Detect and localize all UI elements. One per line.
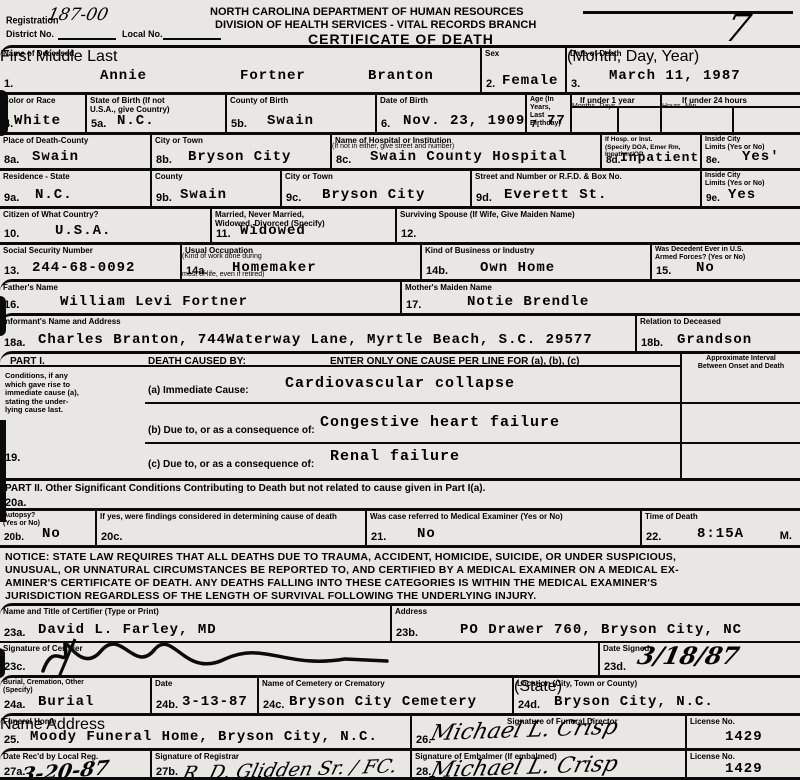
- dept-line2: DIVISION OF HEALTH SERVICES - VITAL RECO…: [215, 19, 536, 31]
- age-num: 7.: [531, 119, 539, 130]
- field-date-received: Date Rec'd by Local Reg. 27a. 3-20-87: [0, 748, 150, 780]
- field-if-under-24-hours: If under 24 hours Hours Min.: [660, 92, 800, 132]
- residence-state-num: 9a.: [4, 192, 19, 204]
- field-hospital: Name of Hospital or Institution (If not …: [330, 132, 600, 168]
- middle-name-value: Fortner: [240, 68, 306, 84]
- field-marital-status: Married, Never Married, Widowed, Divorce…: [210, 206, 395, 242]
- burial-type-label: Burial, Cremation, Other (Specify): [3, 679, 148, 695]
- field-date-signed: Date Signed 23d. 3/18/87: [598, 641, 800, 675]
- state-of-birth-num: 5a.: [91, 118, 106, 130]
- funeral-director-signature: Michael L. Crisp: [428, 715, 621, 746]
- field-date-of-birth: Date of Birth 6. Nov. 23, 1909: [375, 92, 525, 132]
- field-registrar-signature: Signature of Registrar 27b. R. D. Glidde…: [150, 748, 410, 780]
- residence-limits-label: Inside City Limits (Yes or No): [705, 172, 798, 188]
- field-medical-examiner-referral: Was case referred to Medical Examiner (Y…: [365, 508, 640, 545]
- father-value: William Levi Fortner: [60, 294, 248, 310]
- residence-limits-num: 9e.: [706, 193, 720, 204]
- residence-street-value: Everett St.: [504, 187, 607, 203]
- last-name-value: Branton: [368, 68, 434, 84]
- field-mother-name: Mother's Maiden Name 17. Notie Brendle: [400, 279, 800, 313]
- date-of-death-value: March 11, 1987: [609, 68, 741, 84]
- field-residence-city: City or Town 9c. Bryson City: [280, 168, 470, 206]
- date-of-death-label: Date of Death: [570, 49, 622, 58]
- notice-line3: AMINER'S CERTIFICATE OF DEATH. ANY DEATH…: [5, 577, 657, 589]
- occupation-num: 14a.: [186, 265, 207, 277]
- hours-min-divider: [732, 106, 734, 133]
- funeral-home-label: Funeral Home: [3, 717, 83, 726]
- field-surviving-spouse: Surviving Spouse (If Wife, Give Maiden N…: [395, 206, 800, 242]
- director-license-label: License No.: [690, 717, 798, 726]
- hospital-status-num: 8d.: [606, 155, 620, 166]
- under-24-hours-divider: [662, 106, 800, 108]
- field-business: Kind of Business or Industry 14b. Own Ho…: [420, 242, 650, 279]
- field-cemetery-location: Location (City, Town or County) (State) …: [512, 675, 800, 713]
- autopsy-value: No: [42, 526, 61, 542]
- part1-body: Conditions, if any which gave rise to im…: [0, 367, 680, 478]
- under-24-hours-label: If under 24 hours: [682, 96, 798, 105]
- district-no-value: 187-00: [46, 5, 110, 25]
- date-of-birth-label: Date of Birth: [380, 96, 523, 105]
- location-value: Bryson City, N.C.: [554, 694, 714, 710]
- part1-interval-column: Approximate Interval Between Onset and D…: [680, 351, 800, 478]
- sex-num: 2.: [486, 78, 495, 90]
- pod-city-value: Bryson City: [188, 149, 291, 165]
- certifier-signature-num: 23c.: [4, 661, 25, 673]
- referred-label: Was case referred to Medical Examiner (Y…: [370, 512, 638, 521]
- father-label: Father's Name: [3, 283, 398, 292]
- cause-c-label: (c) Due to, or as a consequence of:: [148, 459, 314, 470]
- field-place-of-death-county: Place of Death-County 8a. Swain: [0, 132, 150, 168]
- business-num: 14b.: [426, 265, 448, 277]
- part2-title: PART II. Other Significant Conditions Co…: [5, 483, 485, 494]
- county-of-birth-label: County of Birth: [230, 96, 373, 105]
- first-name-value: Annie: [100, 68, 147, 84]
- ssn-value: 244-68-0092: [32, 260, 135, 276]
- field-embalmer-signature: Signature of Embalmer (If embalmed) 28. …: [410, 748, 685, 780]
- ssn-num: 13.: [4, 265, 19, 277]
- field-father-name: Father's Name 16. William Levi Fortner: [0, 279, 400, 313]
- pod-county-num: 8a.: [4, 154, 19, 166]
- field-if-under-1-year: If under 1 year Months Days: [570, 92, 660, 132]
- county-of-birth-value: Swain: [267, 113, 314, 129]
- scan-artifact-blob: [0, 648, 5, 678]
- residence-city-label: City or Town: [285, 172, 468, 181]
- field-informant: Informant's Name and Address 18a. Charle…: [0, 313, 635, 351]
- burial-type-num: 24a.: [4, 699, 25, 711]
- cause-a-label: (a) Immediate Cause:: [148, 385, 249, 396]
- field-residence-state: Residence - State 9a. N.C.: [0, 168, 150, 206]
- scan-artifact-blob: [0, 90, 8, 136]
- citizen-value: U.S.A.: [55, 223, 111, 239]
- field-director-license: License No. 1429: [685, 713, 800, 748]
- armed-forces-value: No: [696, 260, 715, 276]
- field-residence-city-limits: Inside City Limits (Yes or No) 9e. Yes: [700, 168, 800, 206]
- armed-forces-num: 15.: [656, 265, 671, 277]
- notice-line1: NOTICE: STATE LAW REQUIRES THAT ALL DEAT…: [5, 551, 676, 563]
- scan-artifact-blob: [0, 296, 6, 336]
- certifier-address-value: PO Drawer 760, Bryson City, NC: [460, 622, 742, 638]
- findings-label: If yes, were findings considered in dete…: [100, 512, 363, 521]
- funeral-home-num: 25.: [4, 734, 19, 746]
- certifier-address-label: Address: [395, 607, 798, 616]
- date-of-birth-value: Nov. 23, 1909: [403, 113, 525, 129]
- burial-date-num: 24b.: [156, 699, 178, 711]
- referred-num: 21.: [371, 531, 386, 543]
- part2-section: PART II. Other Significant Conditions Co…: [0, 478, 800, 508]
- business-label: Kind of Business or Industry: [425, 246, 648, 255]
- father-num: 16.: [4, 299, 19, 311]
- mother-num: 17.: [406, 299, 421, 311]
- relation-label: Relation to Deceased: [640, 317, 798, 326]
- state-of-birth-value: N.C.: [117, 113, 155, 129]
- funeral-home-value: Moody Funeral Home, Bryson City, N.C.: [30, 729, 378, 745]
- certifier-signature-scrawl: [35, 635, 395, 679]
- part1-caused-by: DEATH CAUSED BY:: [148, 356, 246, 367]
- location-label: Location (City, Town or County): [517, 679, 687, 688]
- part1-num: 19.: [5, 452, 20, 464]
- district-no-underline: [58, 38, 116, 40]
- field-name-of-deceased: Name of Deceased First Middle Last 1. An…: [0, 45, 480, 92]
- race-value: White: [14, 113, 61, 129]
- spouse-num: 12.: [401, 228, 416, 240]
- field-burial-type: Burial, Cremation, Other (Specify) 24a. …: [0, 675, 150, 713]
- cause-a-value: Cardiovascular collapse: [285, 375, 515, 392]
- pod-city-num: 8b.: [156, 154, 172, 166]
- informant-num: 18a.: [4, 337, 25, 349]
- header-rule: [583, 11, 793, 14]
- local-no-label: Local No.: [122, 29, 163, 39]
- citizen-label: Citizen of What Country?: [3, 210, 208, 219]
- field-burial-date: Date 24b. 3-13-87: [150, 675, 257, 713]
- business-value: Own Home: [480, 260, 555, 276]
- part1-header: PART I. DEATH CAUSED BY: ENTER ONLY ONE …: [0, 351, 680, 367]
- residence-limits-value: Yes: [728, 187, 756, 203]
- residence-state-label: Residence - State: [3, 172, 148, 181]
- time-of-death-num: 22.: [646, 531, 661, 543]
- relation-value: Grandson: [677, 332, 752, 348]
- occupation-label: Usual Occupation: [185, 246, 277, 255]
- ssn-label: Social Security Number: [3, 246, 178, 255]
- field-certifier-signature: Signature of Certifier 23c.: [0, 641, 598, 675]
- cemetery-label: Name of Cemetery or Crematory: [262, 679, 510, 688]
- field-occupation: Usual Occupation (Kind of work done duri…: [180, 242, 420, 279]
- under-1-year-divider: [572, 106, 662, 108]
- field-funeral-director-signature: Signature of Funeral Director 26. Michae…: [410, 713, 685, 748]
- district-no-label: District No.: [6, 29, 54, 39]
- field-relation: Relation to Deceased 18b. Grandson: [635, 313, 800, 351]
- cemetery-num: 24c.: [263, 699, 284, 711]
- cause-c-value: Renal failure: [330, 448, 460, 465]
- burial-date-label: Date: [155, 679, 255, 688]
- pod-limits-num: 8e.: [706, 155, 720, 166]
- scan-artifact-bar: [0, 420, 6, 522]
- field-county-of-birth: County of Birth 5b. Swain: [225, 92, 375, 132]
- residence-county-value: Swain: [180, 187, 227, 203]
- autopsy-num: 20b.: [4, 532, 24, 543]
- field-armed-forces: Was Decedent Ever in U.S. Armed Forces? …: [650, 242, 800, 279]
- field-funeral-home: Funeral Home Name Address 25. Moody Fune…: [0, 713, 410, 748]
- part1-title: PART I.: [10, 356, 45, 367]
- pod-county-value: Swain: [32, 149, 79, 165]
- date-of-birth-num: 6.: [381, 118, 390, 130]
- state-of-birth-label: State of Birth (If not U.S.A., give Coun…: [90, 96, 223, 114]
- hospital-num: 8c.: [336, 154, 351, 166]
- pod-limits-value: Yes': [742, 149, 780, 165]
- date-of-death-num: 3.: [571, 78, 580, 90]
- citizen-num: 10.: [4, 228, 19, 240]
- name-num: 1.: [4, 78, 13, 90]
- field-color-or-race: Color or Race 4. White: [0, 92, 85, 132]
- findings-num: 20c.: [101, 531, 122, 543]
- field-ssn: Social Security Number 13. 244-68-0092: [0, 242, 180, 279]
- notice-section: NOTICE: STATE LAW REQUIRES THAT ALL DEAT…: [0, 545, 800, 603]
- certifier-address-num: 23b.: [396, 627, 418, 639]
- field-time-of-death: Time of Death 22. 8:15A M.: [640, 508, 800, 545]
- interval-label: Approximate Interval Between Onset and D…: [684, 355, 798, 371]
- armed-forces-label: Was Decedent Ever in U.S. Armed Forces? …: [655, 246, 798, 262]
- field-autopsy: Autopsy? (Yes or No) 20b. No: [0, 508, 95, 545]
- cemetery-value: Bryson City Cemetery: [289, 694, 477, 710]
- local-no-underline: [163, 38, 221, 40]
- field-date-of-death: Date of Death (Month, Day, Year) 3. Marc…: [565, 45, 800, 92]
- embalmer-license-label: License No.: [690, 752, 798, 761]
- residence-state-value: N.C.: [35, 187, 73, 203]
- time-of-death-label: Time of Death: [645, 512, 798, 521]
- age-value: 77: [547, 113, 566, 129]
- referred-value: No: [417, 526, 436, 542]
- field-citizen: Citizen of What Country? 10. U.S.A.: [0, 206, 210, 242]
- sex-label: Sex: [485, 49, 563, 58]
- field-state-of-birth: State of Birth (If not U.S.A., give Coun…: [85, 92, 225, 132]
- residence-county-label: County: [155, 172, 278, 181]
- cause-a-underline: [145, 402, 800, 404]
- residence-city-value: Bryson City: [322, 187, 425, 203]
- mother-label: Mother's Maiden Name: [405, 283, 798, 292]
- sex-value: Female: [502, 73, 558, 89]
- occupation-value: Homemaker: [232, 260, 317, 276]
- death-certificate-document: Registration District No. 187-00 Local N…: [0, 0, 800, 780]
- notice-line2: UNUSUAL, OR UNNATURAL CIRCUMSTANCES BE R…: [5, 564, 679, 576]
- name-label: Name of Deceased: [3, 49, 98, 58]
- mother-value: Notie Brendle: [467, 294, 589, 310]
- informant-label: Informant's Name and Address: [3, 317, 633, 326]
- residence-county-num: 9b.: [156, 192, 172, 204]
- county-of-birth-num: 5b.: [231, 118, 247, 130]
- time-of-death-suffix: M.: [780, 530, 792, 542]
- field-cemetery: Name of Cemetery or Crematory 24c. Bryso…: [257, 675, 512, 713]
- certifier-name-num: 23a.: [4, 627, 25, 639]
- residence-street-num: 9d.: [476, 192, 492, 204]
- cause-b-value: Congestive heart failure: [320, 414, 560, 431]
- marital-value: Widowed: [240, 223, 306, 239]
- months-days-divider: [617, 106, 619, 133]
- cause-b-underline: [145, 442, 800, 444]
- field-residence-county: County 9b. Swain: [150, 168, 280, 206]
- hospital-status-value: Inpatient: [620, 150, 699, 165]
- burial-type-value: Burial: [38, 694, 94, 710]
- field-hospital-status: If Hosp. or Inst. (Specify DOA, Emer Rm,…: [600, 132, 700, 168]
- cause-b-label: (b) Due to, or as a consequence of:: [148, 425, 315, 436]
- residence-street-label: Street and Number or R.F.D. & Box No.: [475, 172, 698, 181]
- director-license-value: 1429: [725, 729, 763, 745]
- marital-num: 11.: [216, 228, 231, 240]
- pod-city-label: City or Town: [155, 136, 328, 145]
- date-signed-value: 3/18/87: [635, 641, 742, 670]
- informant-value: Charles Branton, 744Waterway Lane, Myrtl…: [38, 332, 593, 348]
- pod-county-label: Place of Death-County: [3, 136, 148, 145]
- time-of-death-value: 8:15A: [697, 526, 744, 542]
- field-pod-city-limits: Inside City Limits (Yes or No) 8e. Yes': [700, 132, 800, 168]
- spouse-label: Surviving Spouse (If Wife, Give Maiden N…: [400, 210, 798, 219]
- field-residence-street: Street and Number or R.F.D. & Box No. 9d…: [470, 168, 700, 206]
- field-pod-city: City or Town 8b. Bryson City: [150, 132, 330, 168]
- field-autopsy-findings: If yes, were findings considered in dete…: [95, 508, 365, 545]
- relation-num: 18b.: [641, 337, 663, 349]
- notice-line4: JURISDICTION REGARDLESS OF THE LENGTH OF…: [5, 590, 536, 602]
- burial-date-value: 3-13-87: [182, 694, 248, 710]
- location-num: 24d.: [518, 699, 540, 711]
- field-embalmer-license: License No. 1429: [685, 748, 800, 780]
- hospital-label: Name of Hospital or Institution: [335, 136, 598, 145]
- race-label: Color or Race: [3, 96, 83, 105]
- hospital-value: Swain County Hospital: [370, 149, 567, 165]
- field-age: Age (In Years, Last Birthday) 7. 77: [525, 92, 570, 132]
- field-sex: Sex 2. Female: [480, 45, 565, 92]
- field-certifier-address: Address 23b. PO Drawer 760, Bryson City,…: [390, 603, 800, 641]
- residence-city-num: 9c.: [286, 192, 301, 204]
- certifier-name-label: Name and Title of Certifier (Type or Pri…: [3, 607, 388, 616]
- dept-line1: NORTH CAROLINA DEPARTMENT OF HUMAN RESOU…: [210, 6, 524, 18]
- date-signed-num: 23d.: [604, 661, 626, 673]
- under-1-year-label: If under 1 year: [580, 96, 658, 105]
- conditions-label: Conditions, if any which gave rise to im…: [5, 372, 125, 415]
- embalmer-license-value: 1429: [725, 761, 763, 777]
- part1-enter-only: ENTER ONLY ONE CAUSE PER LINE FOR (a), (…: [330, 356, 579, 367]
